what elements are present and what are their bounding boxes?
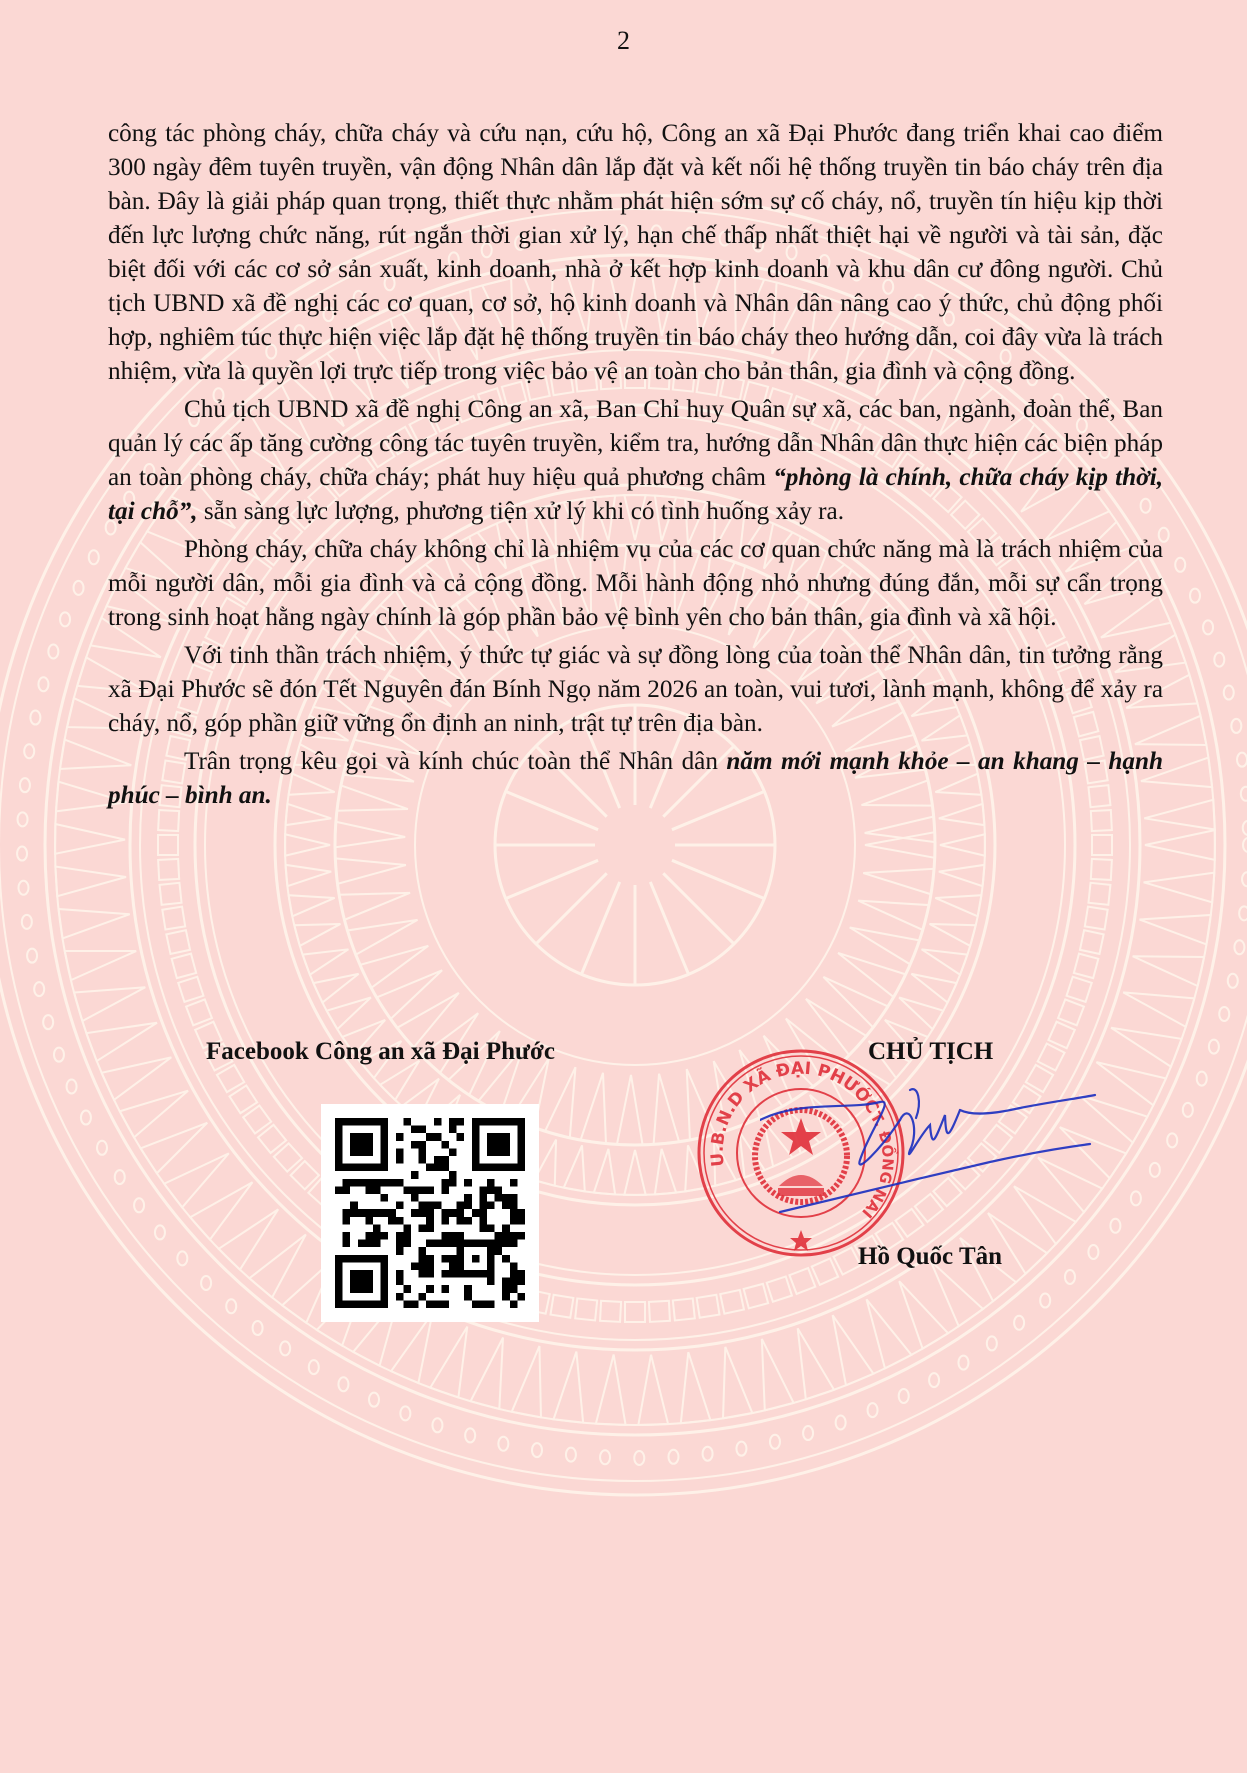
paragraph: công tác phòng cháy, chữa cháy và cứu nạ… (108, 117, 1163, 389)
paragraph: Phòng cháy, chữa cháy không chỉ là nhiệm… (108, 533, 1163, 635)
paragraph: Trân trọng kêu gọi và kính chúc toàn thể… (108, 745, 1163, 813)
paragraph: Chủ tịch UBND xã đề nghị Công an xã, Ban… (108, 393, 1163, 529)
paragraph: Với tinh thần trách nhiệm, ý thức tự giá… (108, 639, 1163, 741)
letter-body: công tác phòng cháy, chữa cháy và cứu nạ… (108, 117, 1163, 813)
emphasis-text: “phòng là chính, chữa cháy kịp thời, tại… (108, 464, 1163, 525)
signer-name: Hồ Quốc Tân (858, 1243, 1002, 1271)
page-number: 2 (0, 26, 1247, 56)
emphasis-text: năm mới mạnh khỏe – an khang – hạnh phúc… (108, 748, 1163, 809)
handwritten-signature-icon (760, 1080, 1100, 1230)
facebook-qr-code[interactable] (321, 1104, 539, 1322)
facebook-label: Facebook Công an xã Đại Phước (206, 1038, 555, 1066)
qr-code-icon (335, 1118, 525, 1308)
